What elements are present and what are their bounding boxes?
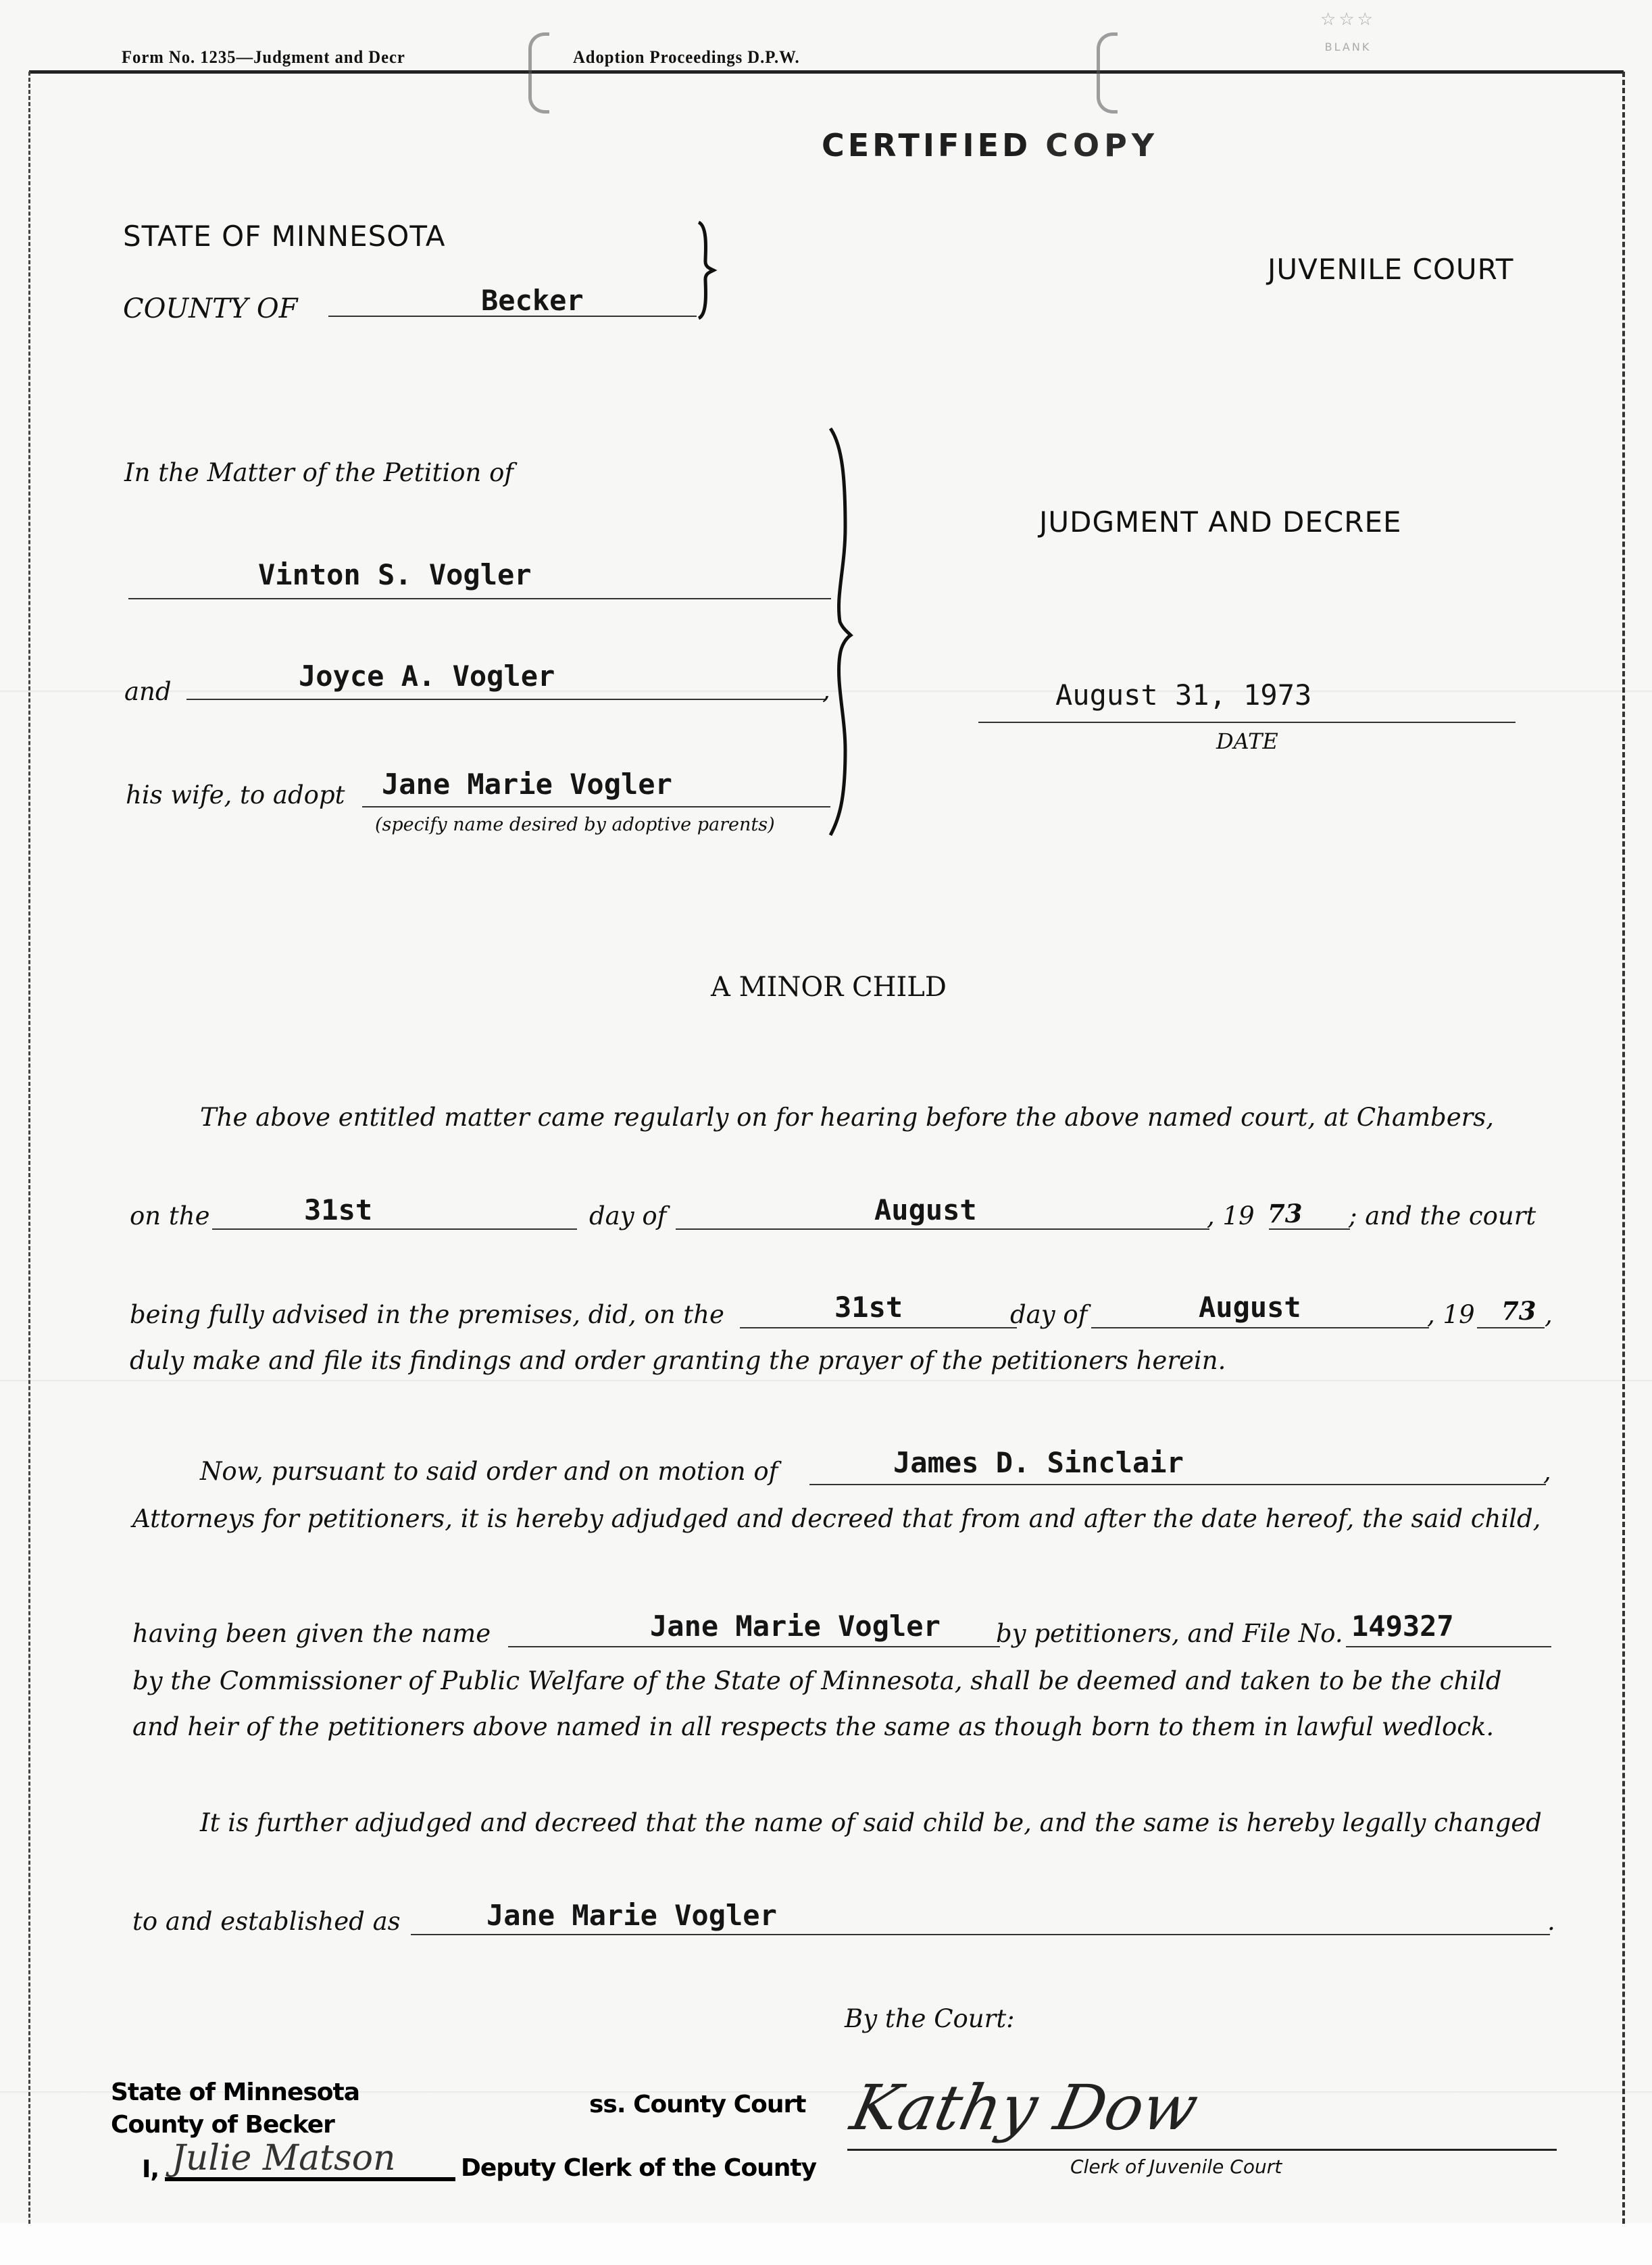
form-border-right (1622, 72, 1625, 2224)
on-the-label: on the (130, 1201, 209, 1230)
fold-line (0, 1380, 1652, 1382)
date-value: August 31, 1973 (1055, 678, 1311, 712)
findings-year-line (1477, 1327, 1545, 1328)
cert-prefix: I, (142, 2156, 159, 2183)
year-prefix: , 19 (1427, 1300, 1475, 1329)
staple-mark-icon (1097, 32, 1118, 114)
adoptee-name-line (362, 806, 830, 807)
established-name-line (411, 1934, 1550, 1935)
county-value: Becker (481, 284, 584, 317)
hearing-day: 31st (304, 1193, 372, 1226)
year-prefix: , 19 (1207, 1201, 1255, 1230)
court-heading: JUVENILE COURT (1268, 253, 1513, 286)
form-border-top (29, 70, 1624, 74)
page-margin (0, 2223, 1652, 2265)
date-label: DATE (1216, 728, 1278, 754)
form-number-right: Adoption Proceedings D.P.W. (573, 47, 800, 68)
day-of-label: day of (1010, 1300, 1087, 1329)
county-label: COUNTY OF (123, 293, 297, 324)
paragraph-4-line-3: and heir of the petitioners above named … (132, 1712, 1494, 1741)
form-number-left: Form No. 1235—Judgment and Decr (122, 47, 405, 68)
form-border-left (28, 72, 30, 2224)
hearing-month: August (874, 1193, 977, 1226)
file-number-field-line (1346, 1646, 1551, 1647)
paragraph-2-lead: being fully advised in the premises, did… (130, 1300, 724, 1329)
findings-year: 73 (1501, 1296, 1536, 1326)
signature-line (847, 2149, 1557, 2151)
paragraph-5-lead: to and established as (132, 1907, 401, 1936)
findings-day-line (740, 1327, 1017, 1328)
period: . (1547, 1907, 1555, 1936)
document-title: JUDGMENT AND DECREE (1039, 505, 1402, 539)
day-field-line (212, 1228, 577, 1230)
paragraph-3-line-2: Attorneys for petitioners, it is hereby … (132, 1504, 1541, 1533)
cert-court: ss. County Court (589, 2091, 805, 2118)
findings-day: 31st (834, 1291, 903, 1324)
child-given-name: Jane Marie Vogler (650, 1610, 941, 1643)
state-heading: STATE OF MINNESOTA (123, 220, 445, 253)
paragraph-4-lead: having been given the name (132, 1619, 491, 1648)
year-field-line (1269, 1228, 1350, 1230)
findings-month-line (1091, 1327, 1429, 1328)
file-number: 149327 (1351, 1610, 1454, 1643)
comma: , (1545, 1300, 1553, 1329)
petitioner-1-line (128, 598, 831, 599)
attorney-field-line (809, 1484, 1546, 1485)
blank-stamp: BLANK (1304, 41, 1392, 53)
paragraph-2-line-2: duly make and file its findings and orde… (130, 1346, 1226, 1375)
findings-month: August (1199, 1291, 1301, 1324)
comma: , (1543, 1457, 1551, 1486)
staple-mark-icon (528, 32, 549, 114)
paragraph-1-tail: ; and the court (1349, 1201, 1536, 1230)
minor-child-heading: A MINOR CHILD (711, 972, 947, 1003)
cert-county: County of Becker (111, 2111, 334, 2139)
cert-state: State of Minnesota (111, 2079, 359, 2106)
petitioner-2-name: Joyce A. Vogler (299, 659, 555, 693)
adopt-label: his wife, to adopt (126, 780, 345, 810)
paragraph-1-line-1: The above entitled matter came regularly… (200, 1103, 1494, 1132)
clerk-signature: Kathy Dow (845, 2072, 1205, 2144)
by-the-court-label: By the Court: (845, 2004, 1015, 2033)
certified-copy-stamp: CERTIFIED COPY (822, 127, 1159, 164)
and-label: and (124, 677, 172, 706)
child-name-field-line (508, 1646, 1000, 1647)
deputy-signature-line (165, 2177, 455, 2181)
month-field-line (676, 1228, 1209, 1230)
petitioner-2-line (186, 699, 826, 700)
date-line (978, 722, 1516, 723)
copy-word: COPY (1045, 127, 1159, 164)
clerk-title: Clerk of Juvenile Court (1070, 2156, 1282, 2178)
petition-intro: In the Matter of the Petition of (124, 458, 514, 487)
paragraph-4-mid: by petitioners, and File No. (996, 1619, 1343, 1648)
right-brace-icon (696, 220, 723, 321)
adoptee-name: Jane Marie Vogler (382, 768, 672, 801)
adoptee-hint: (specify name desired by adoptive parent… (375, 814, 775, 835)
attorney-name: James D. Sinclair (893, 1446, 1184, 1479)
stars-icon: ☆☆☆ (1304, 9, 1392, 30)
hearing-year: 73 (1268, 1199, 1303, 1228)
cert-signer-title: Deputy Clerk of the County (461, 2154, 816, 2182)
established-name: Jane Marie Vogler (486, 1899, 777, 1932)
paragraph-4-line-2: by the Commissioner of Public Welfare of… (132, 1666, 1502, 1695)
paragraph-3-lead: Now, pursuant to said order and on motio… (200, 1457, 778, 1486)
deputy-clerk-signature: Julie Matson (172, 2138, 396, 2179)
petitioner-1-name: Vinton S. Vogler (258, 558, 532, 591)
day-of-label: day of (589, 1201, 666, 1230)
right-brace-icon (828, 426, 861, 838)
certified-word: CERTIFIED (822, 127, 1031, 164)
paragraph-5-line-1: It is further adjudged and decreed that … (200, 1808, 1542, 1837)
